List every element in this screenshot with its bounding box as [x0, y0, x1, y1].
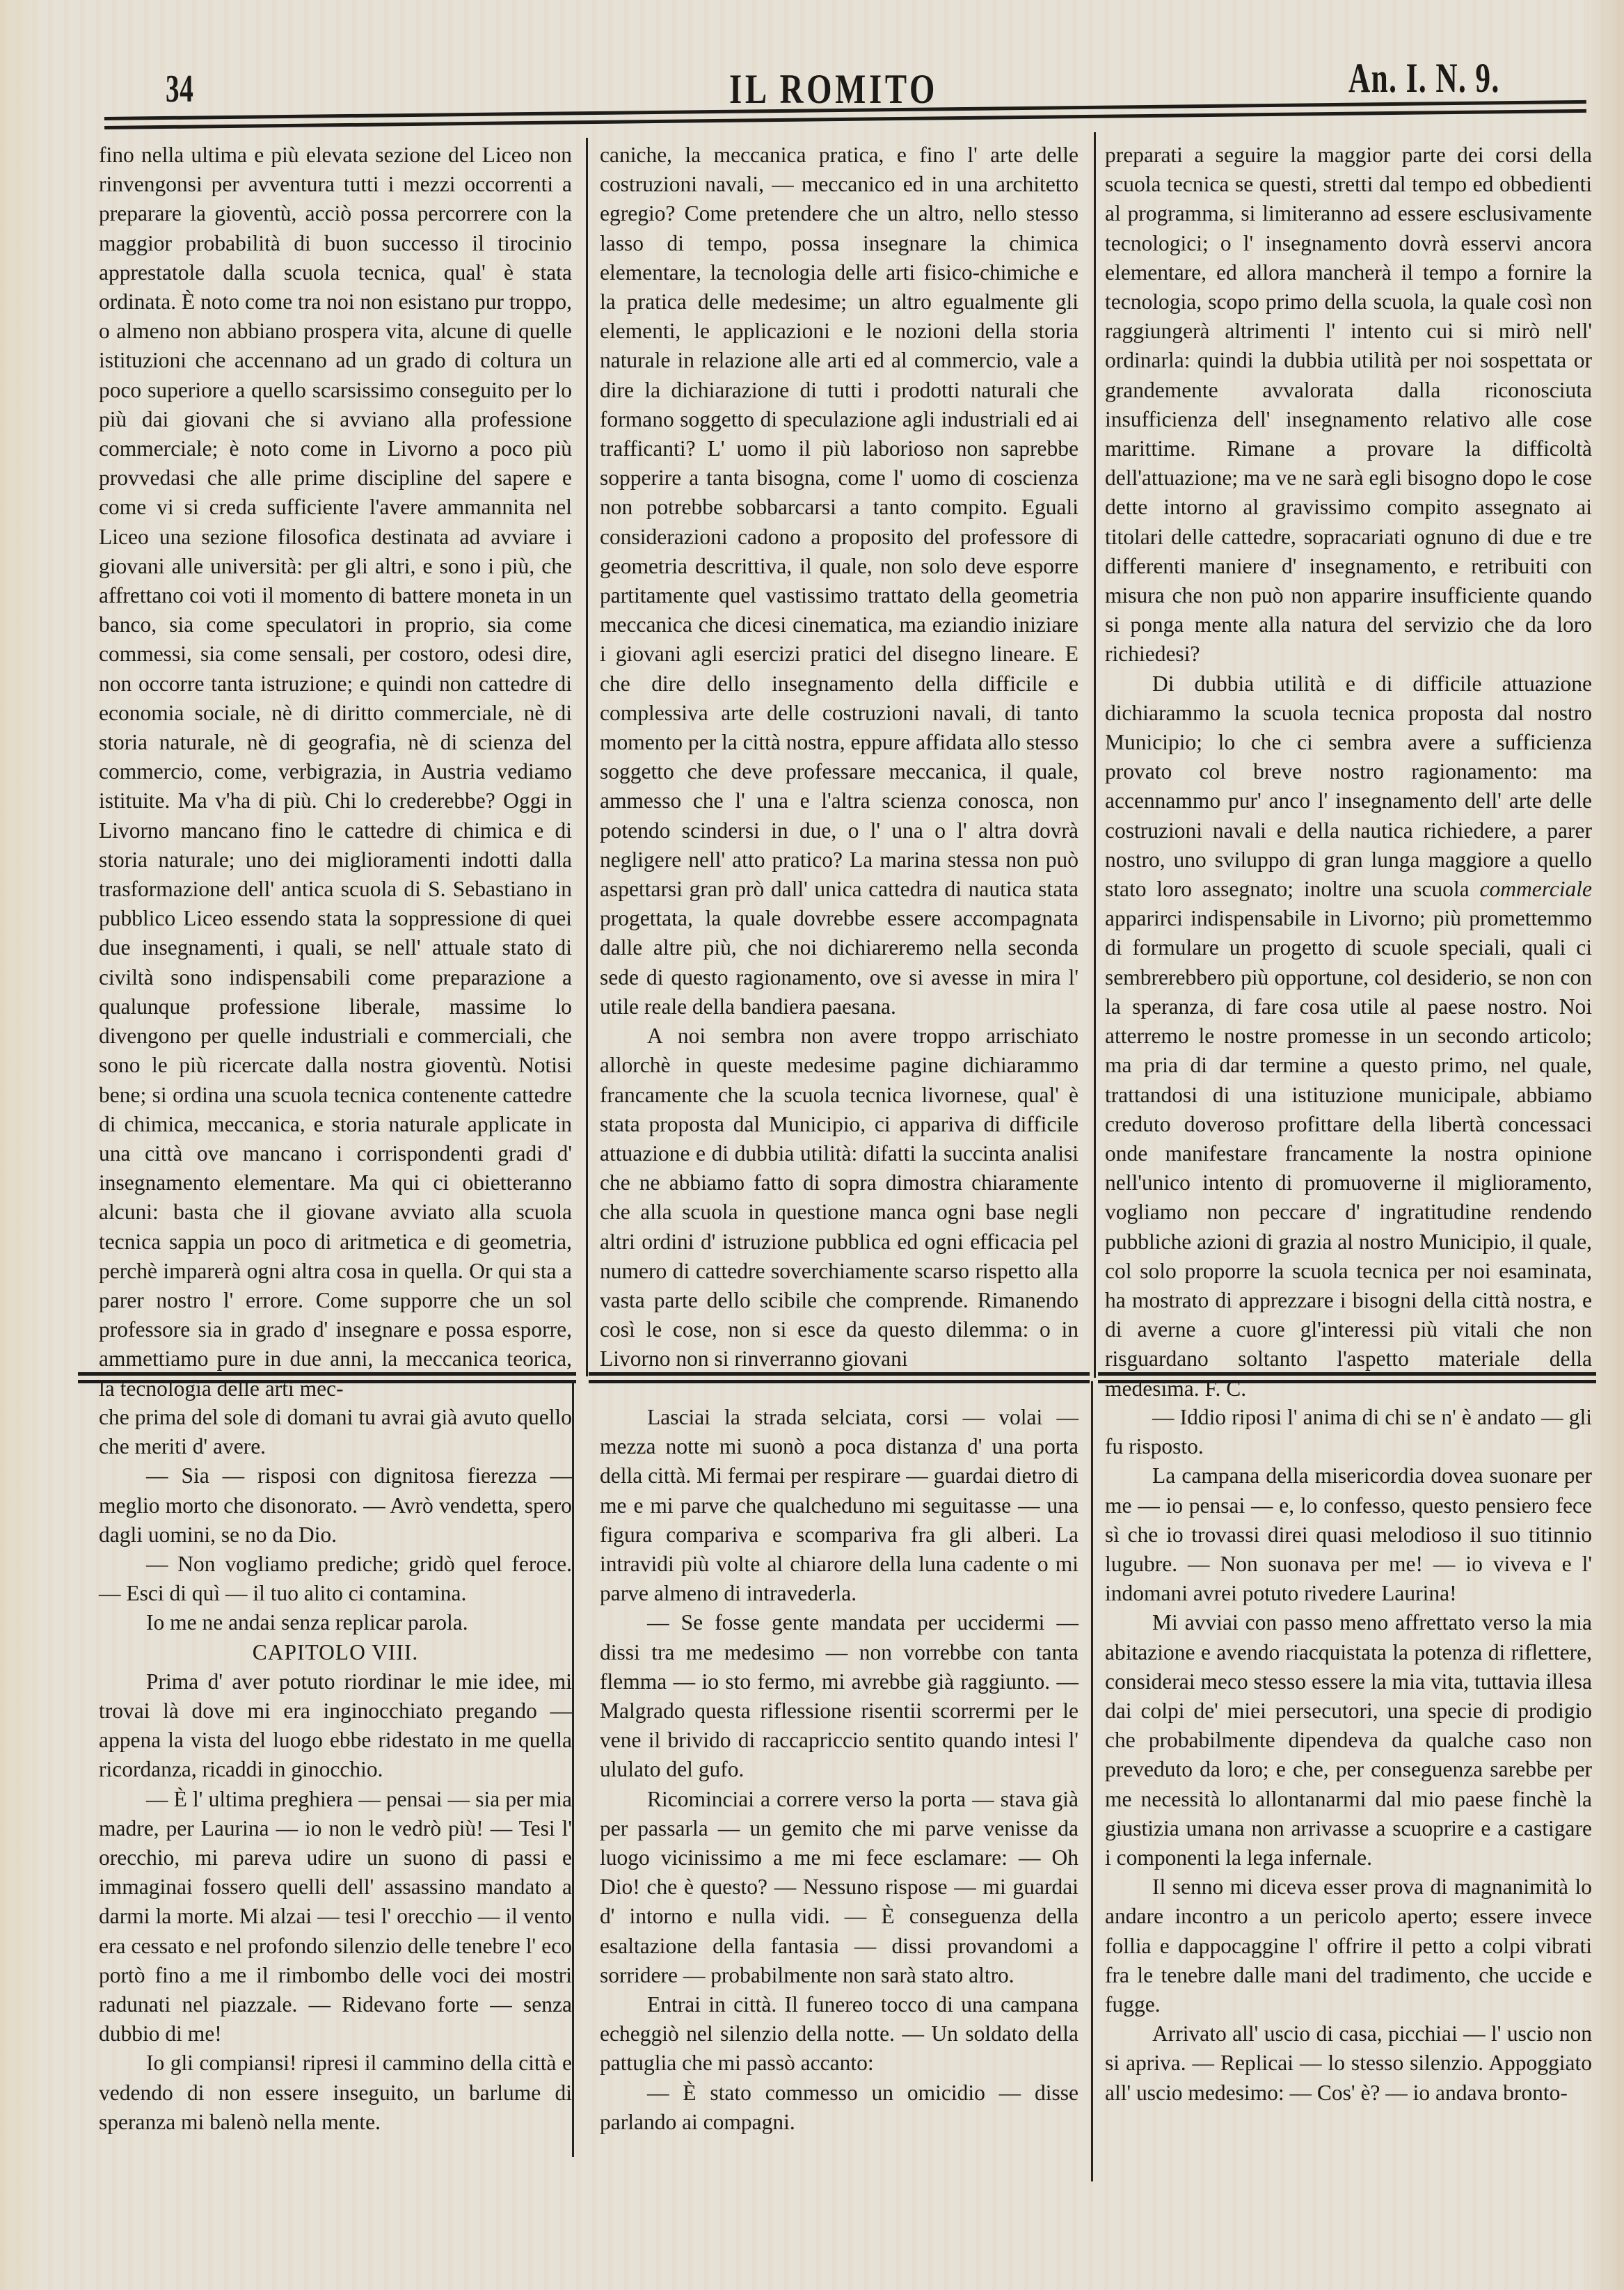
page-number: 34 [166, 67, 194, 111]
article-text: apparirci indispensabile in Livorno; più… [1105, 906, 1592, 1400]
story-paragraph: — Se fosse gente mandata per uccidermi —… [600, 1608, 1078, 1784]
article-column-1: fino nella ultima e più elevata sezione … [99, 141, 572, 1404]
chapter-heading: CAPITOLO VIII. [99, 1638, 572, 1667]
story-paragraph: — Non vogliamo prediche; gridò quel fero… [99, 1550, 572, 1608]
article-column-2: caniche, la meccanica pratica, e fino l'… [600, 141, 1078, 1374]
column-divider [572, 1381, 574, 2157]
story-paragraph: — È l' ultima preghiera — pensai — sia p… [99, 1785, 572, 2049]
newspaper-page: 34 IL ROMITO An. I. N. 9. fino nella ult… [0, 0, 1624, 2290]
article-paragraph: caniche, la meccanica pratica, e fino l'… [600, 141, 1078, 1021]
article-paragraph: fino nella ultima e più elevata sezione … [99, 141, 572, 1404]
story-paragraph: — Sia — risposi con dignitosa fierezza —… [99, 1461, 572, 1550]
story-paragraph: Arrivato all' uscio di casa, picchiai — … [1105, 2019, 1592, 2108]
story-paragraph: Il senno mi diceva esser prova di magnan… [1105, 1872, 1592, 2019]
feuilleton-column-2: Lasciai la strada selciata, corsi — vola… [600, 1403, 1078, 2137]
story-paragraph: Ricominciai a correre verso la porta — s… [600, 1785, 1078, 1990]
article-paragraph: Di dubbia utilità e di difficile attuazi… [1105, 669, 1592, 1404]
article-section: fino nella ultima e più elevata sezione … [0, 136, 1624, 1361]
story-paragraph: Mi avviai con passo meno affrettato vers… [1105, 1608, 1592, 1872]
story-paragraph: — Iddio riposi l' anima di chi se n' è a… [1105, 1403, 1592, 1461]
column-divider [1091, 1381, 1093, 2181]
story-paragraph: che prima del sole di domani tu avrai gi… [99, 1403, 572, 1461]
feuilleton-double-rule [1098, 1372, 1596, 1383]
article-text: Di dubbia utilità e di difficile attuazi… [1105, 671, 1592, 901]
story-paragraph: Entrai in città. Il funereo tocco di una… [600, 1990, 1078, 2078]
feuilleton-section: che prima del sole di domani tu avrai gi… [0, 1385, 1624, 2150]
story-paragraph: — È stato commesso un omicidio — disse p… [600, 2078, 1078, 2137]
story-paragraph: Io gli compiansi! ripresi il cammino del… [99, 2049, 572, 2137]
story-paragraph: La campana della misericordia dovea suon… [1105, 1461, 1592, 1608]
article-paragraph: preparati a seguire la maggior parte dei… [1105, 141, 1592, 669]
newspaper-title: IL ROMITO [729, 65, 938, 113]
article-paragraph: A noi sembra non avere troppo arrischiat… [600, 1021, 1078, 1374]
issue-label: An. I. N. 9. [1348, 54, 1500, 102]
story-paragraph: Io me ne andai senza replicar parola. [99, 1608, 572, 1637]
feuilleton-double-rule [78, 1372, 576, 1383]
feuilleton-column-1: che prima del sole di domani tu avrai gi… [99, 1403, 572, 2137]
feuilleton-double-rule [589, 1372, 1090, 1383]
story-paragraph: Prima d' aver potuto riordinar le mie id… [99, 1667, 572, 1785]
column-divider [1094, 132, 1096, 1378]
italic-emphasis: commerciale [1479, 877, 1592, 901]
story-paragraph: Lasciai la strada selciata, corsi — vola… [600, 1403, 1078, 1608]
feuilleton-column-3: — Iddio riposi l' anima di chi se n' è a… [1105, 1403, 1592, 2108]
article-column-3: preparati a seguire la maggior parte dei… [1105, 141, 1592, 1404]
column-divider [586, 138, 588, 1376]
